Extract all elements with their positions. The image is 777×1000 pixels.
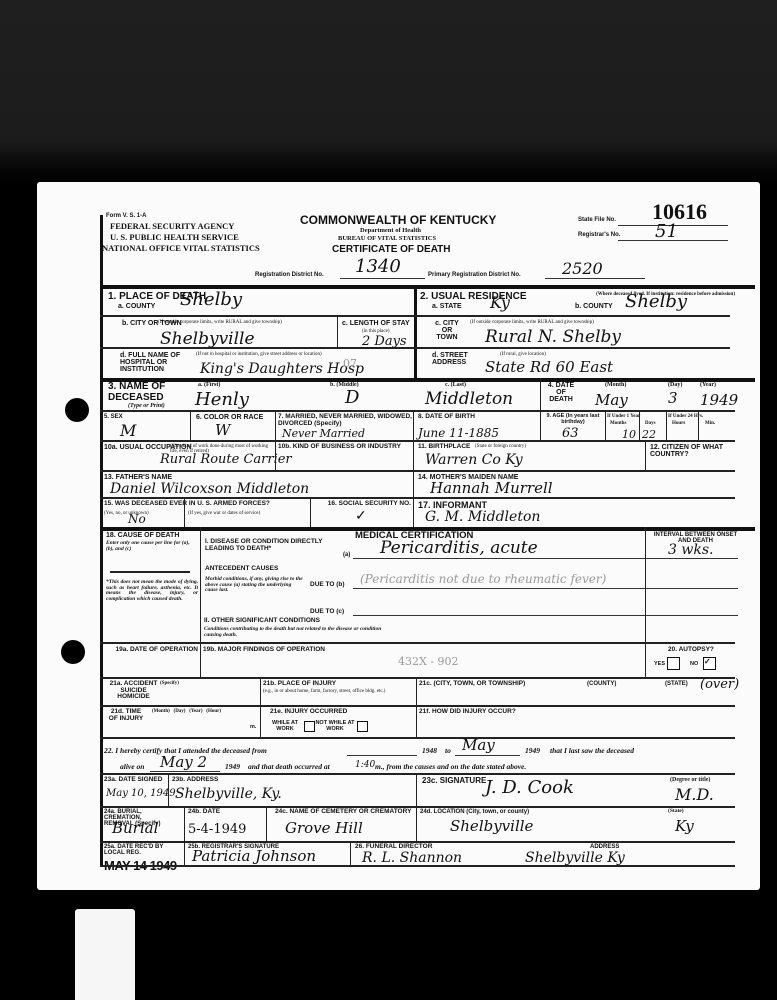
burial-state-label: (State) — [668, 809, 684, 815]
cause-footnote: *This does not mean the mode of dying, s… — [106, 580, 198, 602]
deceased-name-note: (Type or Print) — [128, 403, 165, 409]
age-months-value: 10 — [622, 429, 636, 440]
autopsy-yes-label: YES — [654, 662, 665, 668]
death-year-label: (Year) — [700, 382, 716, 388]
burial-location-value: Shelbyville — [450, 819, 533, 834]
not-while-at-work-label: NOT WHILE AT WORK — [314, 721, 356, 732]
residence-city-value: Rural N. Shelby — [485, 329, 621, 346]
bureau-label: BUREAU OF VITAL STATISTICS — [338, 236, 436, 243]
age-min-label: Min. — [705, 421, 715, 426]
hospital-pencil-note: 07 — [343, 358, 357, 369]
certify-to-label: to — [445, 747, 451, 755]
occupation-value: Rural Route Carrier — [160, 453, 292, 466]
burial-method-value: Burial — [112, 821, 158, 836]
burial-date-value: 5-4-1949 — [188, 823, 246, 836]
physician-signature: J. D. Cook — [485, 779, 574, 797]
operation-findings-label: 19b. MAJOR FINDINGS OF OPERATION — [203, 647, 325, 654]
age-hours-label: Hours — [672, 421, 685, 426]
hospital-value: King's Daughters Hosp — [200, 362, 364, 376]
page-title: COMMONWEALTH OF KENTUCKY — [300, 214, 496, 226]
residence-state-value: Ky — [490, 295, 510, 311]
residence-city-note: (If outside corporate limits, write RURA… — [470, 320, 594, 325]
death-city-value: Shelbyville — [160, 331, 255, 348]
cemetery-label: 24c. NAME OF CEMETERY OR CREMATORY — [275, 809, 411, 816]
autopsy-label: 20. AUTOPSY? — [668, 647, 714, 654]
autopsy-no-label: NO — [690, 662, 698, 668]
agency-line-1: FEDERAL SECURITY AGENCY — [110, 222, 234, 231]
over-note: (over) — [700, 678, 739, 691]
first-name-value: Henly — [195, 391, 249, 409]
last-name-value: Middleton — [425, 391, 513, 408]
agency-line-2: U. S. PUBLIC HEALTH SERVICE — [110, 233, 239, 242]
marital-status-value: Never Married — [282, 428, 365, 439]
burial-date-label: 24b. DATE — [188, 809, 220, 816]
residence-state-label: a. STATE — [432, 303, 462, 310]
punch-hole-top — [65, 398, 89, 422]
accident-specify: (Specify) — [160, 681, 179, 686]
burial-location-label: 24d. LOCATION (City, town, or county) — [420, 809, 529, 815]
race-label: 6. COLOR OR RACE — [196, 414, 263, 421]
residence-county-label: b. COUNTY — [575, 303, 613, 310]
residence-street-value: State Rd 60 East — [485, 360, 613, 375]
state-file-label: State File No. — [578, 217, 616, 223]
other-conditions-note: Conditions contributing to the death but… — [204, 627, 384, 638]
injury-place-label: 21b. PLACE OF INJURY — [263, 681, 336, 688]
punch-hole-bottom — [61, 640, 85, 664]
death-certificate-form: Form V. S. 1-A FEDERAL SECURITY AGENCY U… — [100, 195, 755, 865]
death-time-value: 1:40 — [355, 761, 375, 770]
agency-line-3: NATIONAL OFFICE VITAL STATISTICS — [102, 244, 260, 253]
injury-time-columns: (Month) (Day) (Year) (Hour) — [152, 709, 221, 714]
first-name-label: a. (First) — [198, 382, 220, 388]
marital-status-label: 7. MARRIED, NEVER MARRIED, WIDOWED, DIVO… — [278, 414, 418, 427]
death-month-value: May — [595, 393, 628, 408]
signature-label: 23c. SIGNATURE — [422, 777, 486, 785]
cause-of-death-label: 18. CAUSE OF DEATH — [106, 532, 179, 539]
certify-text-2: that I last saw the deceased — [550, 747, 634, 755]
father-name-label: 13. FATHER'S NAME — [104, 474, 172, 481]
due-to-c-label: DUE TO (c) — [310, 609, 344, 616]
death-day-label: (Day) — [668, 382, 682, 388]
injury-county-label: (COUNTY) — [587, 681, 616, 687]
armed-forces-label: 15. WAS DECEASED EVER IN U. S. ARMED FOR… — [104, 501, 270, 508]
age-days-value: 22 — [642, 429, 656, 440]
alive-on-value: May 2 — [160, 755, 207, 770]
residence-street-label: d. STREET ADDRESS — [432, 352, 472, 366]
residence-county-value: Shelby — [625, 293, 687, 311]
death-month-label: (Month) — [605, 382, 626, 388]
father-name-value: Daniel Wilcoxson Middleton — [110, 482, 309, 496]
injury-place-note: (e.g., in or about home, farm, factory, … — [263, 689, 413, 694]
registrar-number: 51 — [655, 223, 678, 241]
funeral-director-value: R. L. Shannon — [362, 851, 462, 865]
injury-occurred-label: 21e. INJURY OCCURRED — [270, 709, 347, 716]
autopsy-no-mark: ✓ — [704, 658, 711, 666]
date-signed-label: 23a. DATE SIGNED — [104, 777, 162, 784]
death-county-value: Shelby — [180, 291, 242, 309]
usual-residence-note: (Where deceased lived. If institution: r… — [510, 292, 735, 297]
cause-of-death-note: Enter only one cause per line for (a), (… — [106, 541, 198, 552]
primary-district-number: 2520 — [562, 261, 603, 277]
department-label: Department of Health — [360, 228, 421, 235]
degree-label: (Degree or title) — [670, 777, 710, 783]
last-name-label: c. (Last) — [445, 382, 466, 388]
armed-forces-note-2: (If yes, give war or dates of service) — [188, 511, 260, 516]
direct-cause-label: I. DISEASE OR CONDITION DIRECTLY LEADING… — [205, 539, 335, 552]
certify-to-value: May — [462, 738, 495, 753]
birthplace-note: (State or foreign country) — [475, 444, 526, 449]
date-of-death-label: 4. DATE OF DEATH — [546, 382, 576, 403]
death-day-value: 3 — [668, 391, 678, 406]
address-value: Shelbyville, Ky. — [175, 787, 282, 801]
cause-b-value: (Pericarditis not due to rheumatic fever… — [360, 573, 606, 585]
how-injury-label: 21f. HOW DID INJURY OCCUR? — [419, 709, 516, 716]
operation-pencil-code: 432X - 902 — [398, 656, 459, 667]
injury-time-m: m. — [250, 725, 256, 731]
business-label: 10b. KIND OF BUSINESS OR INDUSTRY — [278, 444, 413, 451]
form-number: Form V. S. 1-A — [106, 213, 146, 219]
film-tab — [75, 909, 135, 1000]
under-year-label: If Under 1 Year — [607, 414, 640, 419]
injury-city-label: 21c. (CITY, TOWN, OR TOWNSHIP) — [419, 681, 525, 688]
certify-year-1: 1948 — [422, 747, 437, 755]
registration-district-label: Registration District No. — [255, 272, 324, 278]
registration-district-number: 1340 — [355, 258, 401, 276]
length-of-stay-label: c. LENGTH OF STAY — [342, 320, 410, 327]
birthplace-label: 11. BIRTHPLACE — [418, 444, 470, 451]
age-days-label: Days — [645, 421, 656, 426]
cemetery-value: Grove Hill — [285, 821, 363, 836]
registrar-signature: Patricia Johnson — [192, 849, 316, 864]
degree-value: M.D. — [675, 787, 714, 803]
not-while-at-work-checkbox[interactable] — [357, 721, 368, 732]
injury-state-label: (STATE) — [665, 681, 688, 687]
death-city-note: (If outside corporate limits, write RURA… — [158, 320, 282, 325]
other-conditions-label: II. OTHER SIGNIFICANT CONDITIONS — [204, 618, 320, 625]
autopsy-yes-checkbox[interactable] — [667, 657, 680, 670]
state-file-number: 10616 — [652, 201, 707, 223]
sex-value: M — [120, 423, 136, 439]
age-months-label: Months — [610, 421, 626, 426]
death-year-value: 1949 — [700, 393, 738, 408]
primary-district-label: Primary Registration District No. — [428, 272, 521, 278]
ssn-label: 16. SOCIAL SECURITY NO. — [316, 501, 411, 508]
operation-date-label: 19a. DATE OF OPERATION — [106, 647, 198, 654]
certify-year-2: 1949 — [525, 747, 540, 755]
ssn-check-mark: ✓ — [355, 509, 367, 523]
due-to-b-label: DUE TO (b) — [310, 582, 345, 589]
antecedent-causes-label: ANTECEDENT CAUSES — [205, 566, 278, 573]
deceased-name-heading: 3. NAME OF DECEASED — [108, 382, 193, 403]
cause-a-label: (a) — [343, 552, 350, 558]
while-at-work-label: WHILE AT WORK — [266, 721, 304, 732]
funeral-address-value: Shelbyville Ky — [525, 851, 625, 865]
registrar-label: Registrar's No. — [578, 232, 620, 238]
race-value: W — [215, 423, 230, 438]
burial-state-value: Ky — [675, 819, 694, 834]
date-signed-value: May 10, 1949 — [106, 789, 176, 799]
middle-name-value: D — [345, 389, 359, 407]
dob-label: 8. DATE OF BIRTH — [418, 414, 475, 421]
age-label: 9. AGE (In years last birthday) — [546, 414, 600, 425]
mother-name-value: Hannah Murrell — [430, 481, 553, 496]
certificate-title: CERTIFICATE OF DEATH — [332, 245, 451, 255]
hospital-label: d. FULL NAME OF HOSPITAL OR INSTITUTION — [120, 352, 195, 373]
citizenship-label: 12. CITIZEN OF WHAT COUNTRY? — [650, 444, 735, 458]
armed-forces-value: No — [128, 513, 146, 525]
residence-street-note: (If rural, give location) — [500, 352, 546, 357]
date-received-label: 25a. DATE REC'D BY LOCAL REG. — [104, 844, 172, 856]
sex-label: 5. SEX — [104, 414, 123, 420]
interval-a-value: 3 wks. — [668, 543, 713, 557]
injury-time-label: 21d. TIME OF INJURY — [106, 709, 146, 722]
dob-value: June 11-1885 — [418, 427, 499, 439]
age-years-value: 63 — [562, 427, 579, 440]
residence-city-label: c. CITY OR TOWN — [432, 320, 462, 341]
death-county-label: a. COUNTY — [118, 303, 155, 310]
accident-label: 21a. ACCIDENT SUICIDE HOMICIDE — [106, 681, 161, 701]
hospital-note: (If not in hospital or institution, give… — [196, 352, 322, 357]
birthplace-value: Warren Co Ky — [425, 453, 523, 467]
informant-value: G. M. Middleton — [425, 510, 540, 524]
address-label: 23b. ADDRESS — [172, 777, 218, 784]
antecedent-note: Morbid conditions, if any, giving rise t… — [205, 577, 305, 594]
cause-a-value: Pericarditis, acute — [380, 540, 538, 557]
